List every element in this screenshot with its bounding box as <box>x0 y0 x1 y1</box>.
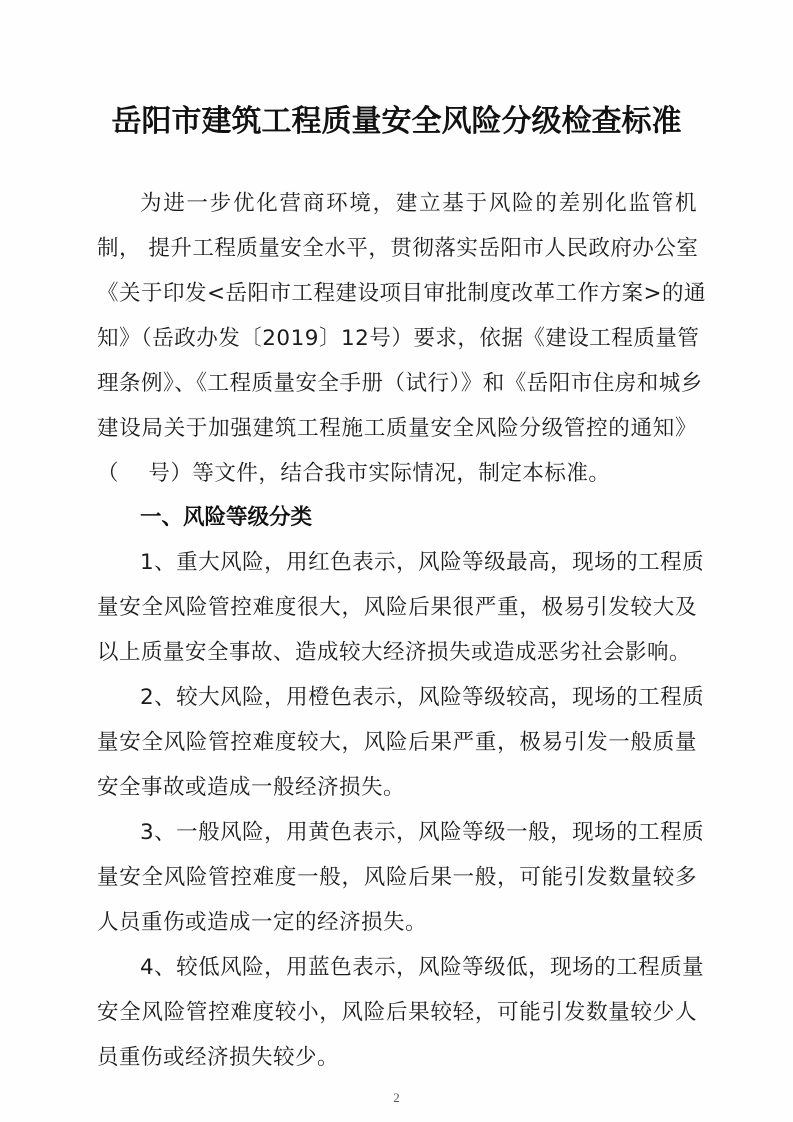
risk-item-4-line: 4、较低风险，用蓝色表示，风险等级低，现场的工程质量 <box>140 950 697 981</box>
risk-item-2-line: 量安全风险管控难度较大，风险后果严重，极易引发一般质量 <box>97 725 697 756</box>
risk-item-2-line: 安全事故或造成一般经济损失。 <box>97 770 697 801</box>
intro-line: （ 号）等文件，结合我市实际情况，制定本标准。 <box>97 456 697 487</box>
risk-item-1-line: 量安全风险管控难度很大，风险后果很严重，极易引发较大及 <box>97 590 697 621</box>
risk-item-2-line: 2、较大风险，用橙色表示，风险等级较高，现场的工程质 <box>140 680 697 711</box>
risk-item-4-line: 安全风险管控难度较小，风险后果较轻，可能引发数量较少人 <box>97 995 697 1026</box>
intro-line: 建设局关于加强建筑工程施工质量安全风险分级管控的通知》 <box>97 411 697 442</box>
section-heading: 一、风险等级分类 <box>140 500 312 531</box>
document-page: 岳阳市建筑工程质量安全风险分级检查标准 为进一步优化营商环境，建立基于风险的差别… <box>0 0 793 1122</box>
page-number: 2 <box>0 1090 793 1106</box>
risk-item-4-line: 员重伤或经济损失较少。 <box>97 1040 697 1071</box>
intro-line: 理条例》、《工程质量安全手册（试行）》和《岳阳市住房和城乡 <box>97 366 697 397</box>
risk-item-1-line: 1、重大风险，用红色表示，风险等级最高，现场的工程质 <box>140 545 697 576</box>
document-title: 岳阳市建筑工程质量安全风险分级检查标准 <box>0 96 793 140</box>
intro-line: 制， 提升工程质量安全水平，贯彻落实岳阳市人民政府办公室 <box>97 231 697 262</box>
risk-item-3-line: 人员重伤或造成一定的经济损失。 <box>97 905 697 936</box>
intro-line: 知》（岳政办发〔2019〕12号）要求，依据《建设工程质量管 <box>97 321 697 352</box>
intro-line: 《关于印发<岳阳市工程建设项目审批制度改革工作方案>的通 <box>97 276 697 307</box>
risk-item-3-line: 量安全风险管控难度一般，风险后果一般，可能引发数量较多 <box>97 860 697 891</box>
risk-item-1-line: 以上质量安全事故、造成较大经济损失或造成恶劣社会影响。 <box>97 635 697 666</box>
intro-line: 为进一步优化营商环境，建立基于风险的差别化监管机 <box>140 186 697 217</box>
risk-item-3-line: 3、一般风险，用黄色表示，风险等级一般，现场的工程质 <box>140 815 697 846</box>
